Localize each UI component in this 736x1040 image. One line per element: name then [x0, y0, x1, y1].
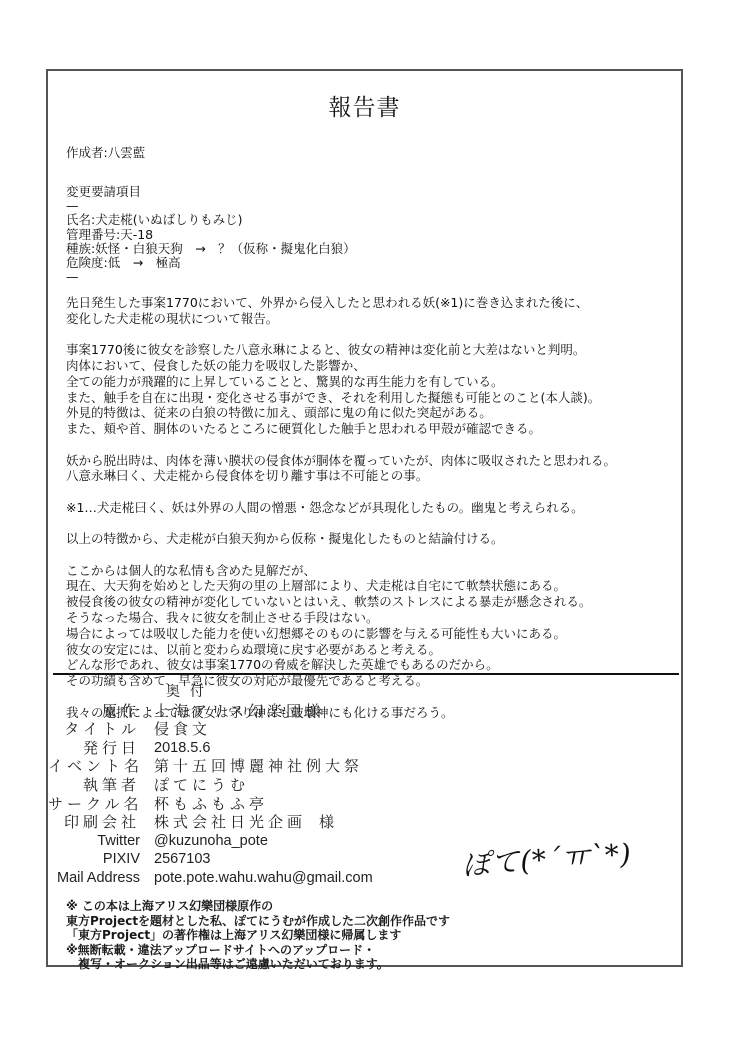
text-line: 現在、大天狗を始めとした天狗の里の上層部により、犬走椛は自宅にて軟禁状態にある。: [66, 578, 676, 594]
report-body: 先日発生した事案1770において、外界から侵入したと思われる妖(※1)に巻き込ま…: [66, 295, 676, 736]
colophon-value: 第十五回博麗神社例大祭: [154, 757, 363, 776]
paragraph-opinion: ここからは個人的な私情も含めた見解だが、 現在、大天狗を始めとした天狗の里の上層…: [66, 563, 676, 689]
colophon-value: 上海アリス幻楽団様: [154, 702, 324, 721]
text-line: そうなった場合、我々に彼女を制止させる手段はない。: [66, 610, 676, 626]
colophon-label: タイトル: [48, 720, 154, 739]
colophon-value: 2018.5.6: [154, 739, 210, 758]
separator-bottom: —: [66, 270, 356, 284]
change-item-species: 種族:妖怪・白狼天狗 → ？（仮称・擬鬼化白狼）: [66, 242, 356, 256]
colophon-row-original: 原作 上海アリス幻楽団様: [48, 702, 468, 721]
text-line: 事案1770後に彼女を診察した八意永琳によると、彼女の精神は変化前と大差はないと…: [66, 342, 676, 358]
paragraph-escape: 妖から脱出時は、肉体を薄い膜状の侵食体が胴体を覆っていたが、肉体に吸収されたと思…: [66, 453, 676, 485]
colophon-heading: 奥付: [48, 683, 468, 702]
colophon-label: PIXIV: [48, 850, 154, 869]
colophon-row-mail: Mail Address pote.pote.wahu.wahu@gmail.c…: [48, 869, 468, 888]
notice-line: 複写・オークション出品等はご遠慮いただいております。: [66, 957, 450, 972]
colophon: 奥付 原作 上海アリス幻楽団様 タイトル 侵食文 発行日 2018.5.6 イベ…: [48, 683, 468, 888]
page-title: 報告書: [48, 89, 681, 122]
colophon-label: 印刷会社: [48, 813, 154, 832]
paragraph-footnote: ※1…犬走椛曰く、妖は外界の人間の憎悪・怨念などが具現化したもの。幽鬼と考えられ…: [66, 500, 676, 516]
notice-line: 東方Projectを題材とした私、ぽてにうむが作成した二次創作作品です: [66, 914, 450, 929]
colophon-row-circle: サークル名 杯もふもふ亭: [48, 795, 468, 814]
colophon-label: 原作: [48, 702, 154, 721]
text-line: 場合によっては吸収した能力を使い幻想郷そのものに影響を与える可能性も大いにある。: [66, 626, 676, 642]
mail-address: pote.pote.wahu.wahu@gmail.com: [154, 869, 373, 888]
change-item-name: 氏名:犬走椛(いぬばしりもみじ): [66, 213, 356, 227]
colophon-row-printer: 印刷会社 株式会社日光企画 様: [48, 813, 468, 832]
colophon-row-author: 執筆者 ぽてにうむ: [48, 776, 468, 795]
section-divider: [53, 673, 679, 675]
pixiv-id: 2567103: [154, 850, 210, 869]
twitter-handle: @kuzunoha_pote: [154, 832, 268, 851]
text-line: 外見的特徴は、従来の白狼の特徴に加え、頭部に鬼の角に似た突起がある。: [66, 405, 676, 421]
text-line: ※1…犬走椛曰く、妖は外界の人間の憎悪・怨念などが具現化したもの。幽鬼と考えられ…: [66, 500, 676, 516]
text-line: 変化した犬走椛の現状について報告。: [66, 311, 676, 327]
text-line: 先日発生した事案1770において、外界から侵入したと思われる妖(※1)に巻き込ま…: [66, 295, 676, 311]
colophon-label: Mail Address: [48, 869, 154, 888]
colophon-label: 執筆者: [48, 776, 154, 795]
text-line: 全ての能力が飛躍的に上昇していることと、驚異的な再生能力を有している。: [66, 374, 676, 390]
text-line: 八意永琳曰く、犬走椛から侵食体を切り離す事は不可能との事。: [66, 468, 676, 484]
copyright-notice: ※ この本は上海アリス幻樂団様原作の 東方Projectを題材とした私、ぽてにう…: [66, 899, 450, 972]
colophon-label: イベント名: [48, 757, 154, 776]
colophon-label: サークル名: [48, 795, 154, 814]
colophon-label: Twitter: [48, 832, 154, 851]
colophon-value: 株式会社日光企画 様: [154, 813, 338, 832]
change-item-id: 管理番号:天-18: [66, 228, 356, 242]
colophon-row-date: 発行日 2018.5.6: [48, 739, 468, 758]
text-line: また、頬や首、胴体のいたるところに硬質化した触手と思われる甲殻が確認できる。: [66, 421, 676, 437]
text-line: ここからは個人的な私情も含めた見解だが、: [66, 563, 676, 579]
text-line: 彼女の安定には、以前と変わらぬ環境に戻す必要があると考える。: [66, 642, 676, 658]
text-line: 妖から脱出時は、肉体を薄い膜状の侵食体が胴体を覆っていたが、肉体に吸収されたと思…: [66, 453, 676, 469]
colophon-value: ぽてにうむ: [154, 776, 249, 795]
change-request-section: 変更要請項目 — 氏名:犬走椛(いぬばしりもみじ) 管理番号:天-18 種族:妖…: [66, 185, 356, 284]
paragraph-diagnosis: 事案1770後に彼女を診察した八意永琳によると、彼女の精神は変化前と大差はないと…: [66, 342, 676, 437]
colophon-value: 杯もふもふ亭: [154, 795, 268, 814]
text-line: また、触手を自在に出現・変化させる事ができ、それを利用した擬態も可能とのこと(本…: [66, 390, 676, 406]
author-line: 作成者:八雲藍: [66, 143, 145, 161]
report-frame: 報告書 作成者:八雲藍 変更要請項目 — 氏名:犬走椛(いぬばしりもみじ) 管理…: [46, 69, 683, 967]
colophon-row-title: タイトル 侵食文: [48, 720, 468, 739]
colophon-label: 発行日: [48, 739, 154, 758]
text-line: 肉体において、侵食した妖の能力を吸収した影響か、: [66, 358, 676, 374]
colophon-row-twitter: Twitter @kuzunoha_pote: [48, 832, 468, 851]
colophon-value: 侵食文: [154, 720, 211, 739]
colophon-row-pixiv: PIXIV 2567103: [48, 850, 468, 869]
text-line: どんな形であれ、彼女は事案1770の脅威を解決した英雄でもあるのだから。: [66, 657, 676, 673]
separator-top: —: [66, 199, 356, 213]
change-item-danger: 危険度:低 → 極高: [66, 256, 356, 270]
notice-line: ※ この本は上海アリス幻樂団様原作の: [66, 899, 450, 914]
notice-line: ※無断転載・違法アップロードサイトへのアップロード・: [66, 943, 450, 958]
text-line: 以上の特徴から、犬走椛が白狼天狗から仮称・擬鬼化したものと結論付ける。: [66, 531, 676, 547]
paragraph-conclusion: 以上の特徴から、犬走椛が白狼天狗から仮称・擬鬼化したものと結論付ける。: [66, 531, 676, 547]
notice-line: 「東方Project」の著作権は上海アリス幻樂団様に帰属します: [66, 928, 450, 943]
text-line: 被侵食後の彼女の精神が変化していないとはいえ、軟禁のストレスによる暴走が懸念され…: [66, 594, 676, 610]
paragraph-incident: 先日発生した事案1770において、外界から侵入したと思われる妖(※1)に巻き込ま…: [66, 295, 676, 327]
colophon-row-event: イベント名 第十五回博麗神社例大祭: [48, 757, 468, 776]
change-request-heading: 変更要請項目: [66, 185, 356, 199]
